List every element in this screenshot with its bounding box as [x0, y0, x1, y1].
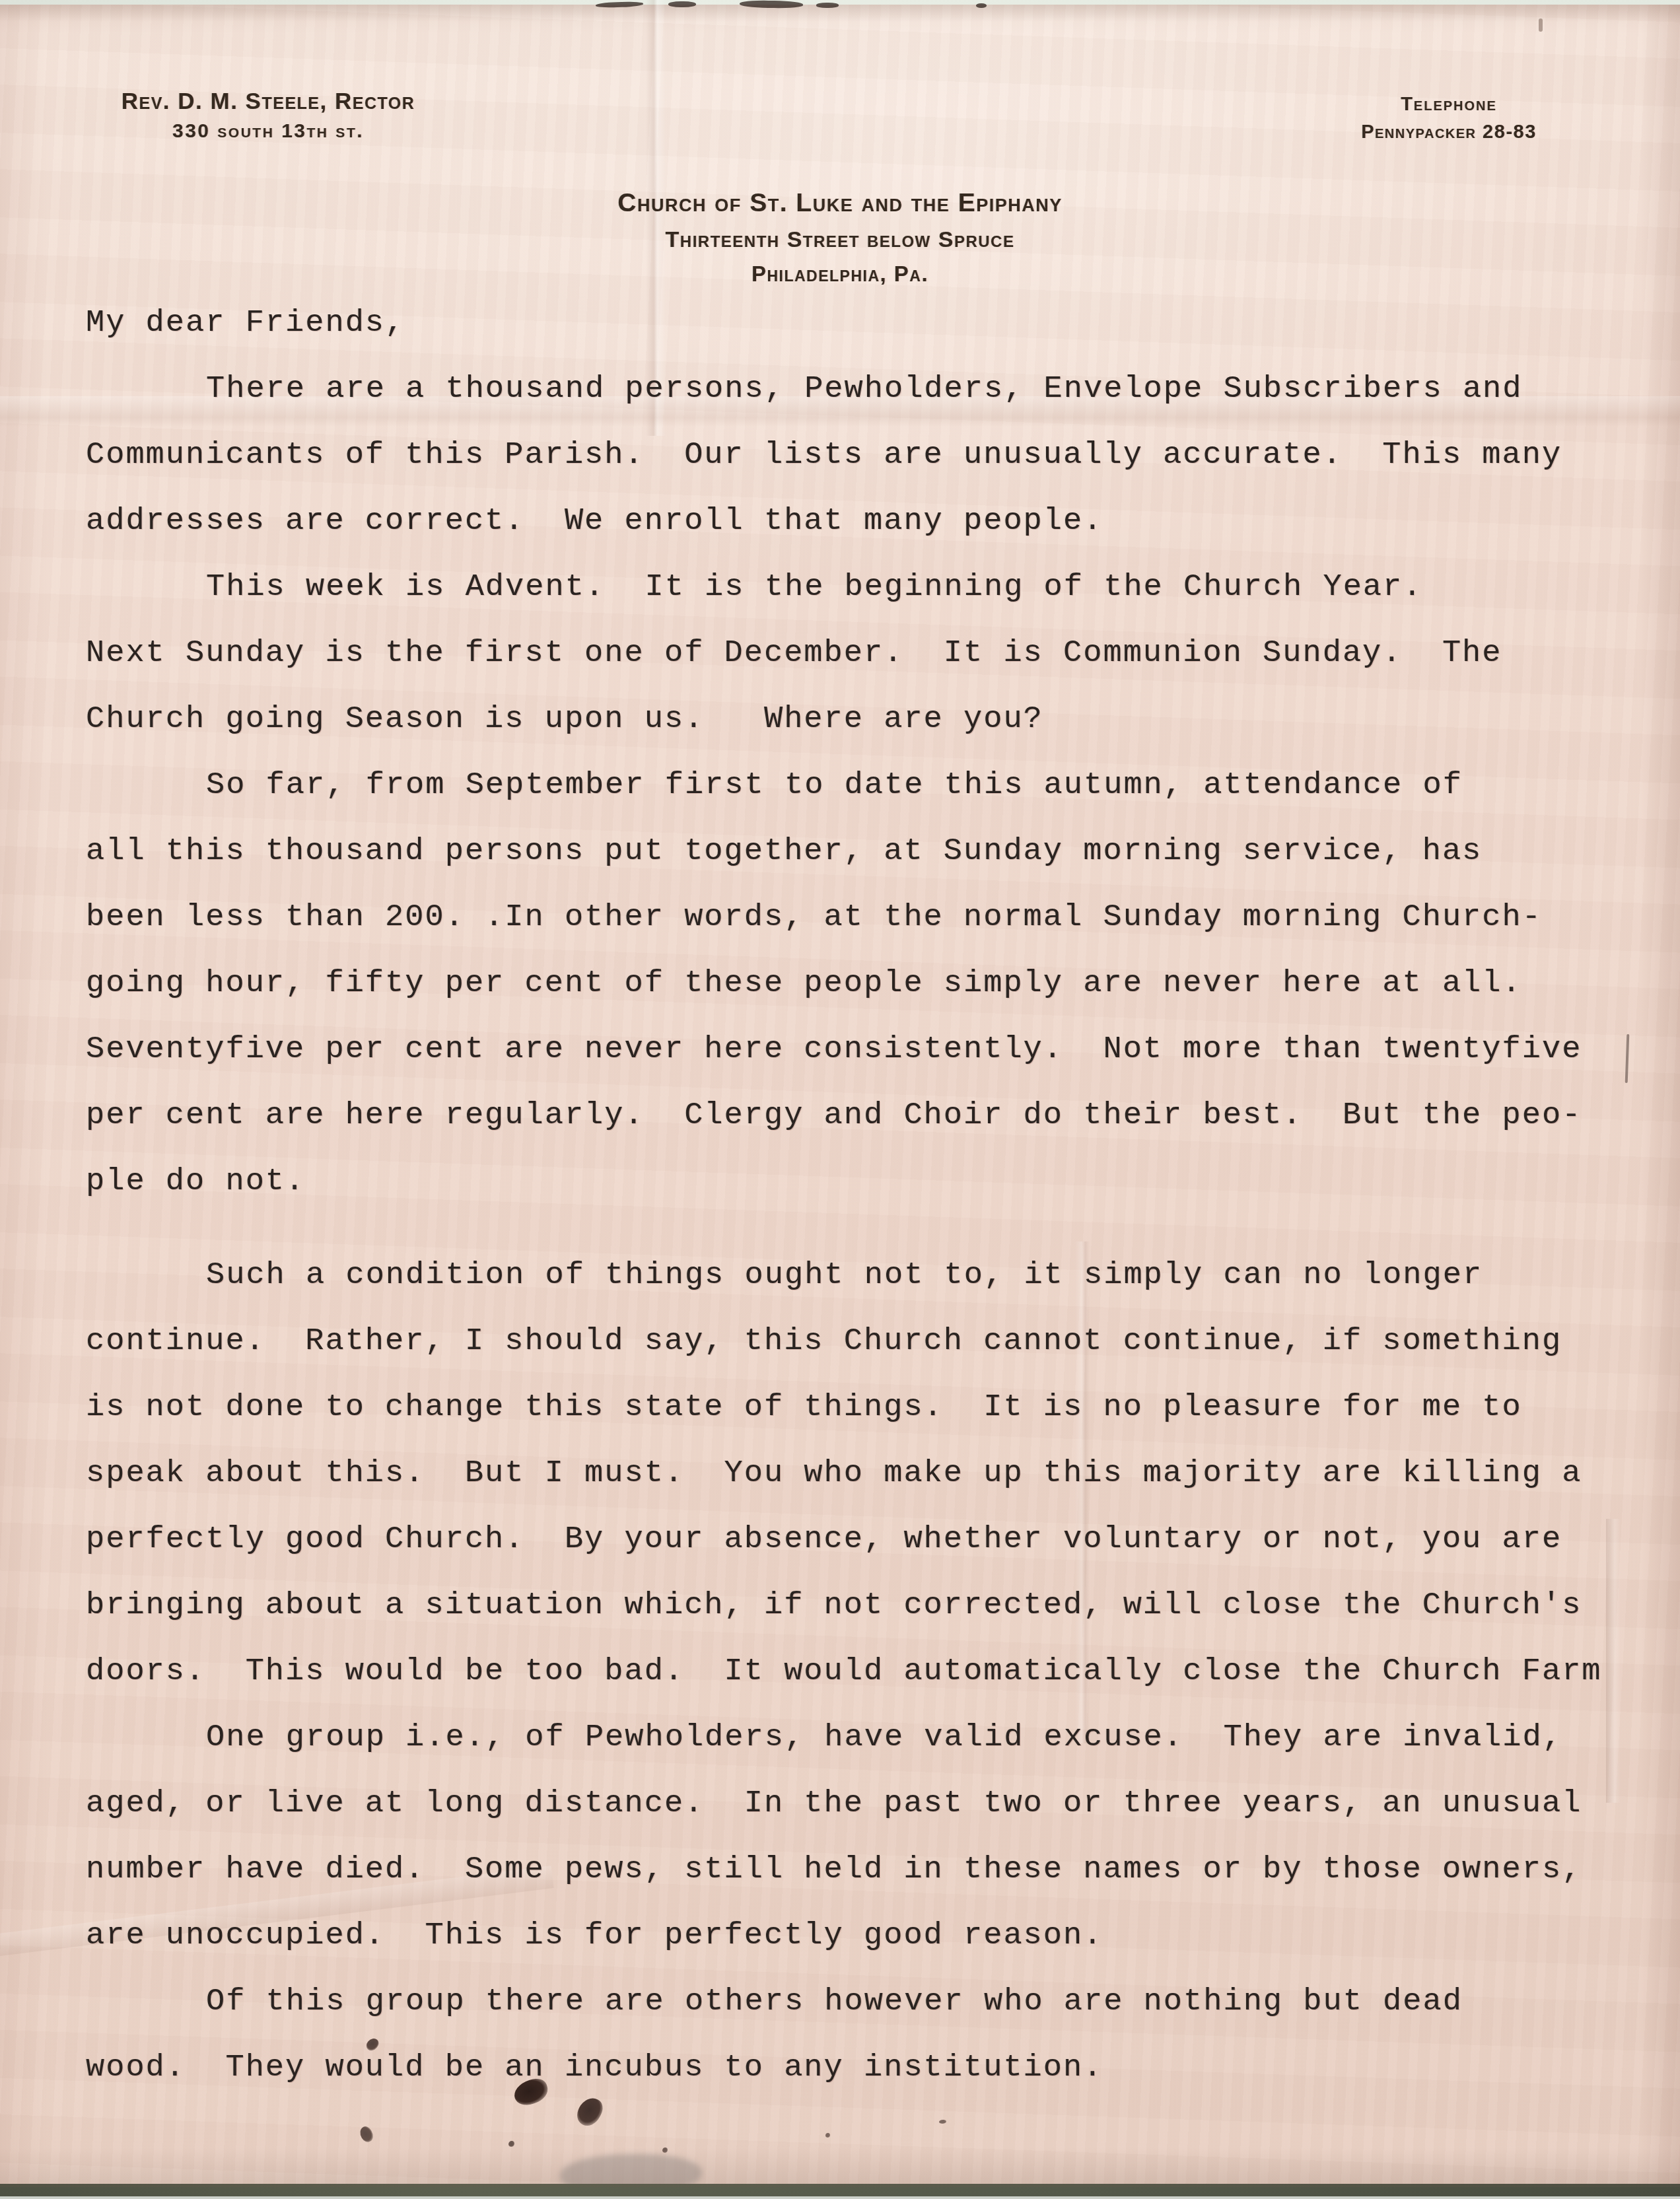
letter-line: Next Sunday is the first one of December… [86, 621, 1625, 687]
paragraph: So far, from September first to date thi… [86, 753, 1625, 1215]
letter-body: My dear Friends, There are a thousand pe… [86, 291, 1625, 2101]
scan-top-edge [0, 0, 1680, 5]
telephone-number: Pennypacker 28-83 [1317, 122, 1581, 143]
letter-line: continue. Rather, I should say, this Chu… [86, 1309, 1625, 1375]
scan-bottom-band [0, 2184, 1680, 2196]
gray-smudge [560, 2154, 702, 2196]
letter-line: been less than 200. .In other words, at … [86, 885, 1625, 951]
letterhead-church-block: Church of St. Luke and the Epiphany Thir… [0, 189, 1680, 287]
letter-line: ple do not. [86, 1149, 1625, 1215]
letter-line: Seventyfive per cent are never here cons… [86, 1017, 1625, 1083]
letter-line: wood. They would be an incubus to any in… [86, 2035, 1625, 2101]
paragraph: Of this group there are others however w… [86, 1969, 1625, 2101]
letter-line: all this thousand persons put together, … [86, 819, 1625, 885]
letter-line: One group i.e., of Pewholders, have vali… [86, 1705, 1625, 1771]
letter-line: number have died. Some pews, still held … [86, 1837, 1625, 1903]
letter-line: perfectly good Church. By your absence, … [86, 1507, 1625, 1573]
letter-line: Of this group there are others however w… [86, 1969, 1625, 2035]
letter-line: This week is Advent. It is the beginning… [86, 555, 1625, 621]
letter-line: So far, from September first to date thi… [86, 753, 1625, 819]
letter-line: per cent are here regularly. Clergy and … [86, 1083, 1625, 1149]
ink-blot [357, 2124, 376, 2144]
letter-line: Church going Season is upon us. Where ar… [86, 687, 1625, 753]
scan-bottom-edge [0, 2196, 1680, 2199]
ink-speck [508, 2141, 514, 2147]
church-name: Church of St. Luke and the Epiphany [0, 189, 1680, 218]
letterhead-rector-block: Rev. D. M. Steele, Rector 330 south 13th… [77, 88, 460, 143]
torn-edge-mark [668, 1, 696, 7]
stray-pencil-mark [1539, 18, 1543, 32]
church-street: Thirteenth Street below Spruce [0, 227, 1680, 253]
letter-line: is not done to change this state of thin… [86, 1375, 1625, 1441]
rector-address: 330 south 13th st. [77, 120, 460, 143]
letter-line: Communicants of this Parish. Our lists a… [86, 423, 1625, 489]
letter-line: aged, or live at long distance. In the p… [86, 1771, 1625, 1837]
torn-edge-mark [816, 3, 839, 8]
paragraph: This week is Advent. It is the beginning… [86, 555, 1625, 753]
letter-line: are unoccupied. This is for perfectly go… [86, 1903, 1625, 1969]
ink-speck [662, 2147, 668, 2153]
ink-speck [825, 2133, 830, 2138]
paper-top-shadow [0, 5, 1680, 22]
letter-line: There are a thousand persons, Pewholders… [86, 357, 1625, 423]
salutation: My dear Friends, [86, 291, 1625, 357]
letter-line: going hour, fifty per cent of these peop… [86, 951, 1625, 1017]
telephone-label: Telephone [1317, 94, 1581, 116]
ink-speck [939, 2120, 946, 2124]
paragraph: Such a condition of things ought not to,… [86, 1243, 1625, 1705]
rector-name: Rev. D. M. Steele, Rector [77, 88, 460, 115]
paragraph: One group i.e., of Pewholders, have vali… [86, 1705, 1625, 1969]
letter-line: addresses are correct. We enroll that ma… [86, 489, 1625, 555]
letterhead-telephone-block: Telephone Pennypacker 28-83 [1317, 94, 1581, 143]
church-city: Philadelphia, Pa. [0, 262, 1680, 287]
paragraph: There are a thousand persons, Pewholders… [86, 357, 1625, 555]
torn-edge-mark [740, 0, 803, 9]
letter-line: bringing about a situation which, if not… [86, 1573, 1625, 1639]
torn-edge-mark [976, 3, 987, 8]
letter-line: doors. This would be too bad. It would a… [86, 1639, 1625, 1705]
scanned-letter-page: Rev. D. M. Steele, Rector 330 south 13th… [0, 0, 1680, 2199]
letter-line: speak about this. But I must. You who ma… [86, 1441, 1625, 1507]
stray-ink-stroke [1625, 1034, 1630, 1083]
torn-edge-mark [596, 1, 643, 9]
paragraphs-container: There are a thousand persons, Pewholders… [86, 357, 1625, 2101]
letter-line: Such a condition of things ought not to,… [86, 1243, 1625, 1309]
